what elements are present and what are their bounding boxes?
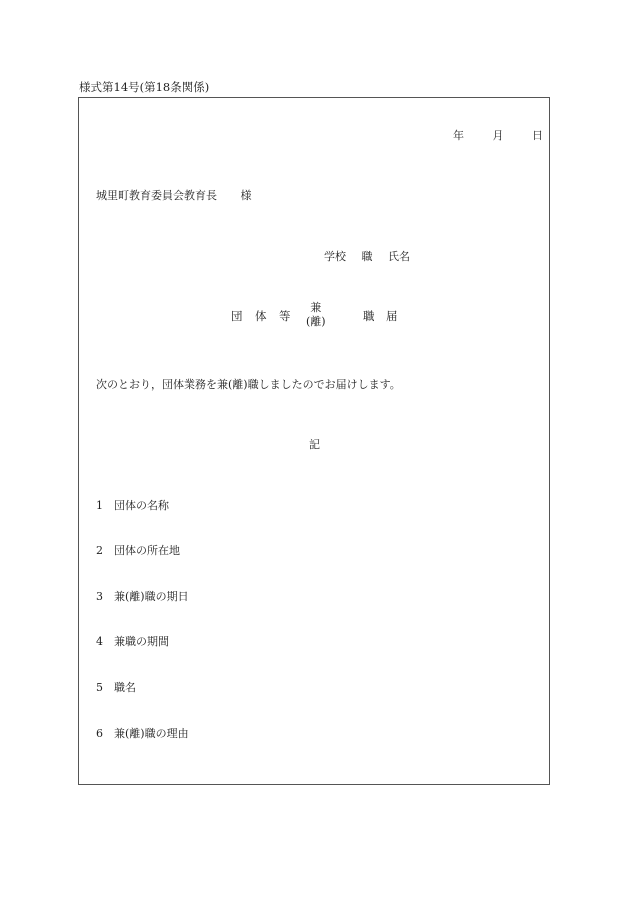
item-label: 兼(離)職の理由: [114, 727, 189, 740]
item-4: 4兼職の期間: [96, 636, 169, 647]
item-number: 3: [96, 591, 114, 602]
date-year-label: 年: [453, 130, 464, 141]
item-2: 2団体の所在地: [96, 545, 180, 556]
title-char-1: 団: [231, 311, 243, 323]
sender-position: 職: [362, 250, 373, 263]
date-month-label: 月: [493, 130, 504, 141]
sender-school: 学校: [324, 250, 346, 263]
item-number: 1: [96, 500, 114, 511]
title-stack-top: 兼: [310, 301, 321, 315]
item-number: 5: [96, 682, 114, 693]
item-label: 職名: [114, 681, 136, 694]
title-stacked: 兼 (離): [306, 301, 326, 330]
item-number: 6: [96, 728, 114, 739]
sender-name: 氏名: [388, 250, 410, 263]
ki-heading: 記: [309, 439, 320, 450]
item-6: 6兼(離)職の理由: [96, 728, 189, 739]
item-label: 兼職の期間: [114, 635, 169, 648]
title-stack-bottom: (離): [306, 315, 326, 329]
item-number: 2: [96, 545, 114, 556]
date-field: 年 月 日: [453, 130, 543, 141]
sender: 学校 職 氏名: [324, 251, 410, 262]
title-char-5: 届: [386, 311, 398, 323]
body-text: 次のとおり，団体業務を兼(離)職しましたのでお届けします。: [96, 379, 401, 390]
title-char-4: 職: [363, 311, 375, 323]
item-label: 団体の所在地: [114, 544, 180, 557]
item-5: 5職名: [96, 682, 136, 693]
item-3: 3兼(離)職の期日: [96, 591, 189, 602]
item-1: 1団体の名称: [96, 500, 169, 511]
item-number: 4: [96, 636, 114, 647]
form-number: 様式第14号(第18条関係): [79, 82, 209, 94]
title-char-3: 等: [279, 311, 291, 323]
addressee: 城里町教育委員会教育長 様: [96, 190, 252, 201]
item-label: 団体の名称: [114, 499, 169, 512]
addressee-honorific: 様: [241, 189, 252, 202]
title-char-2: 体: [255, 311, 267, 323]
addressee-name: 城里町教育委員会教育長: [96, 189, 217, 202]
item-label: 兼(離)職の期日: [114, 590, 189, 603]
date-day-label: 日: [532, 130, 543, 141]
